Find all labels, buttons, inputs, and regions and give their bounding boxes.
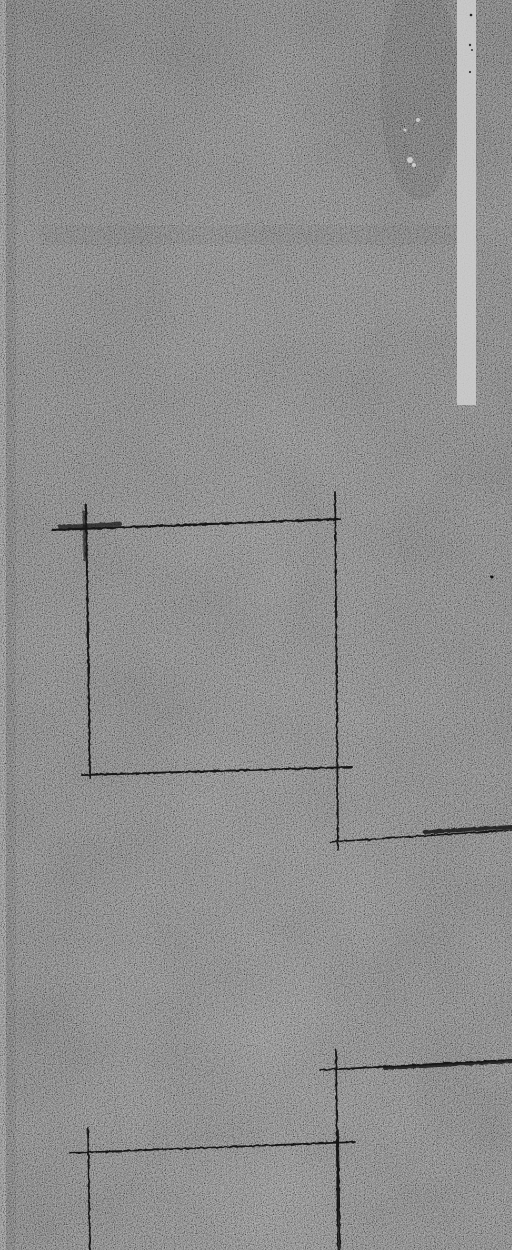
lane-stripe	[457, 0, 476, 405]
asphalt-scene	[0, 0, 512, 1250]
